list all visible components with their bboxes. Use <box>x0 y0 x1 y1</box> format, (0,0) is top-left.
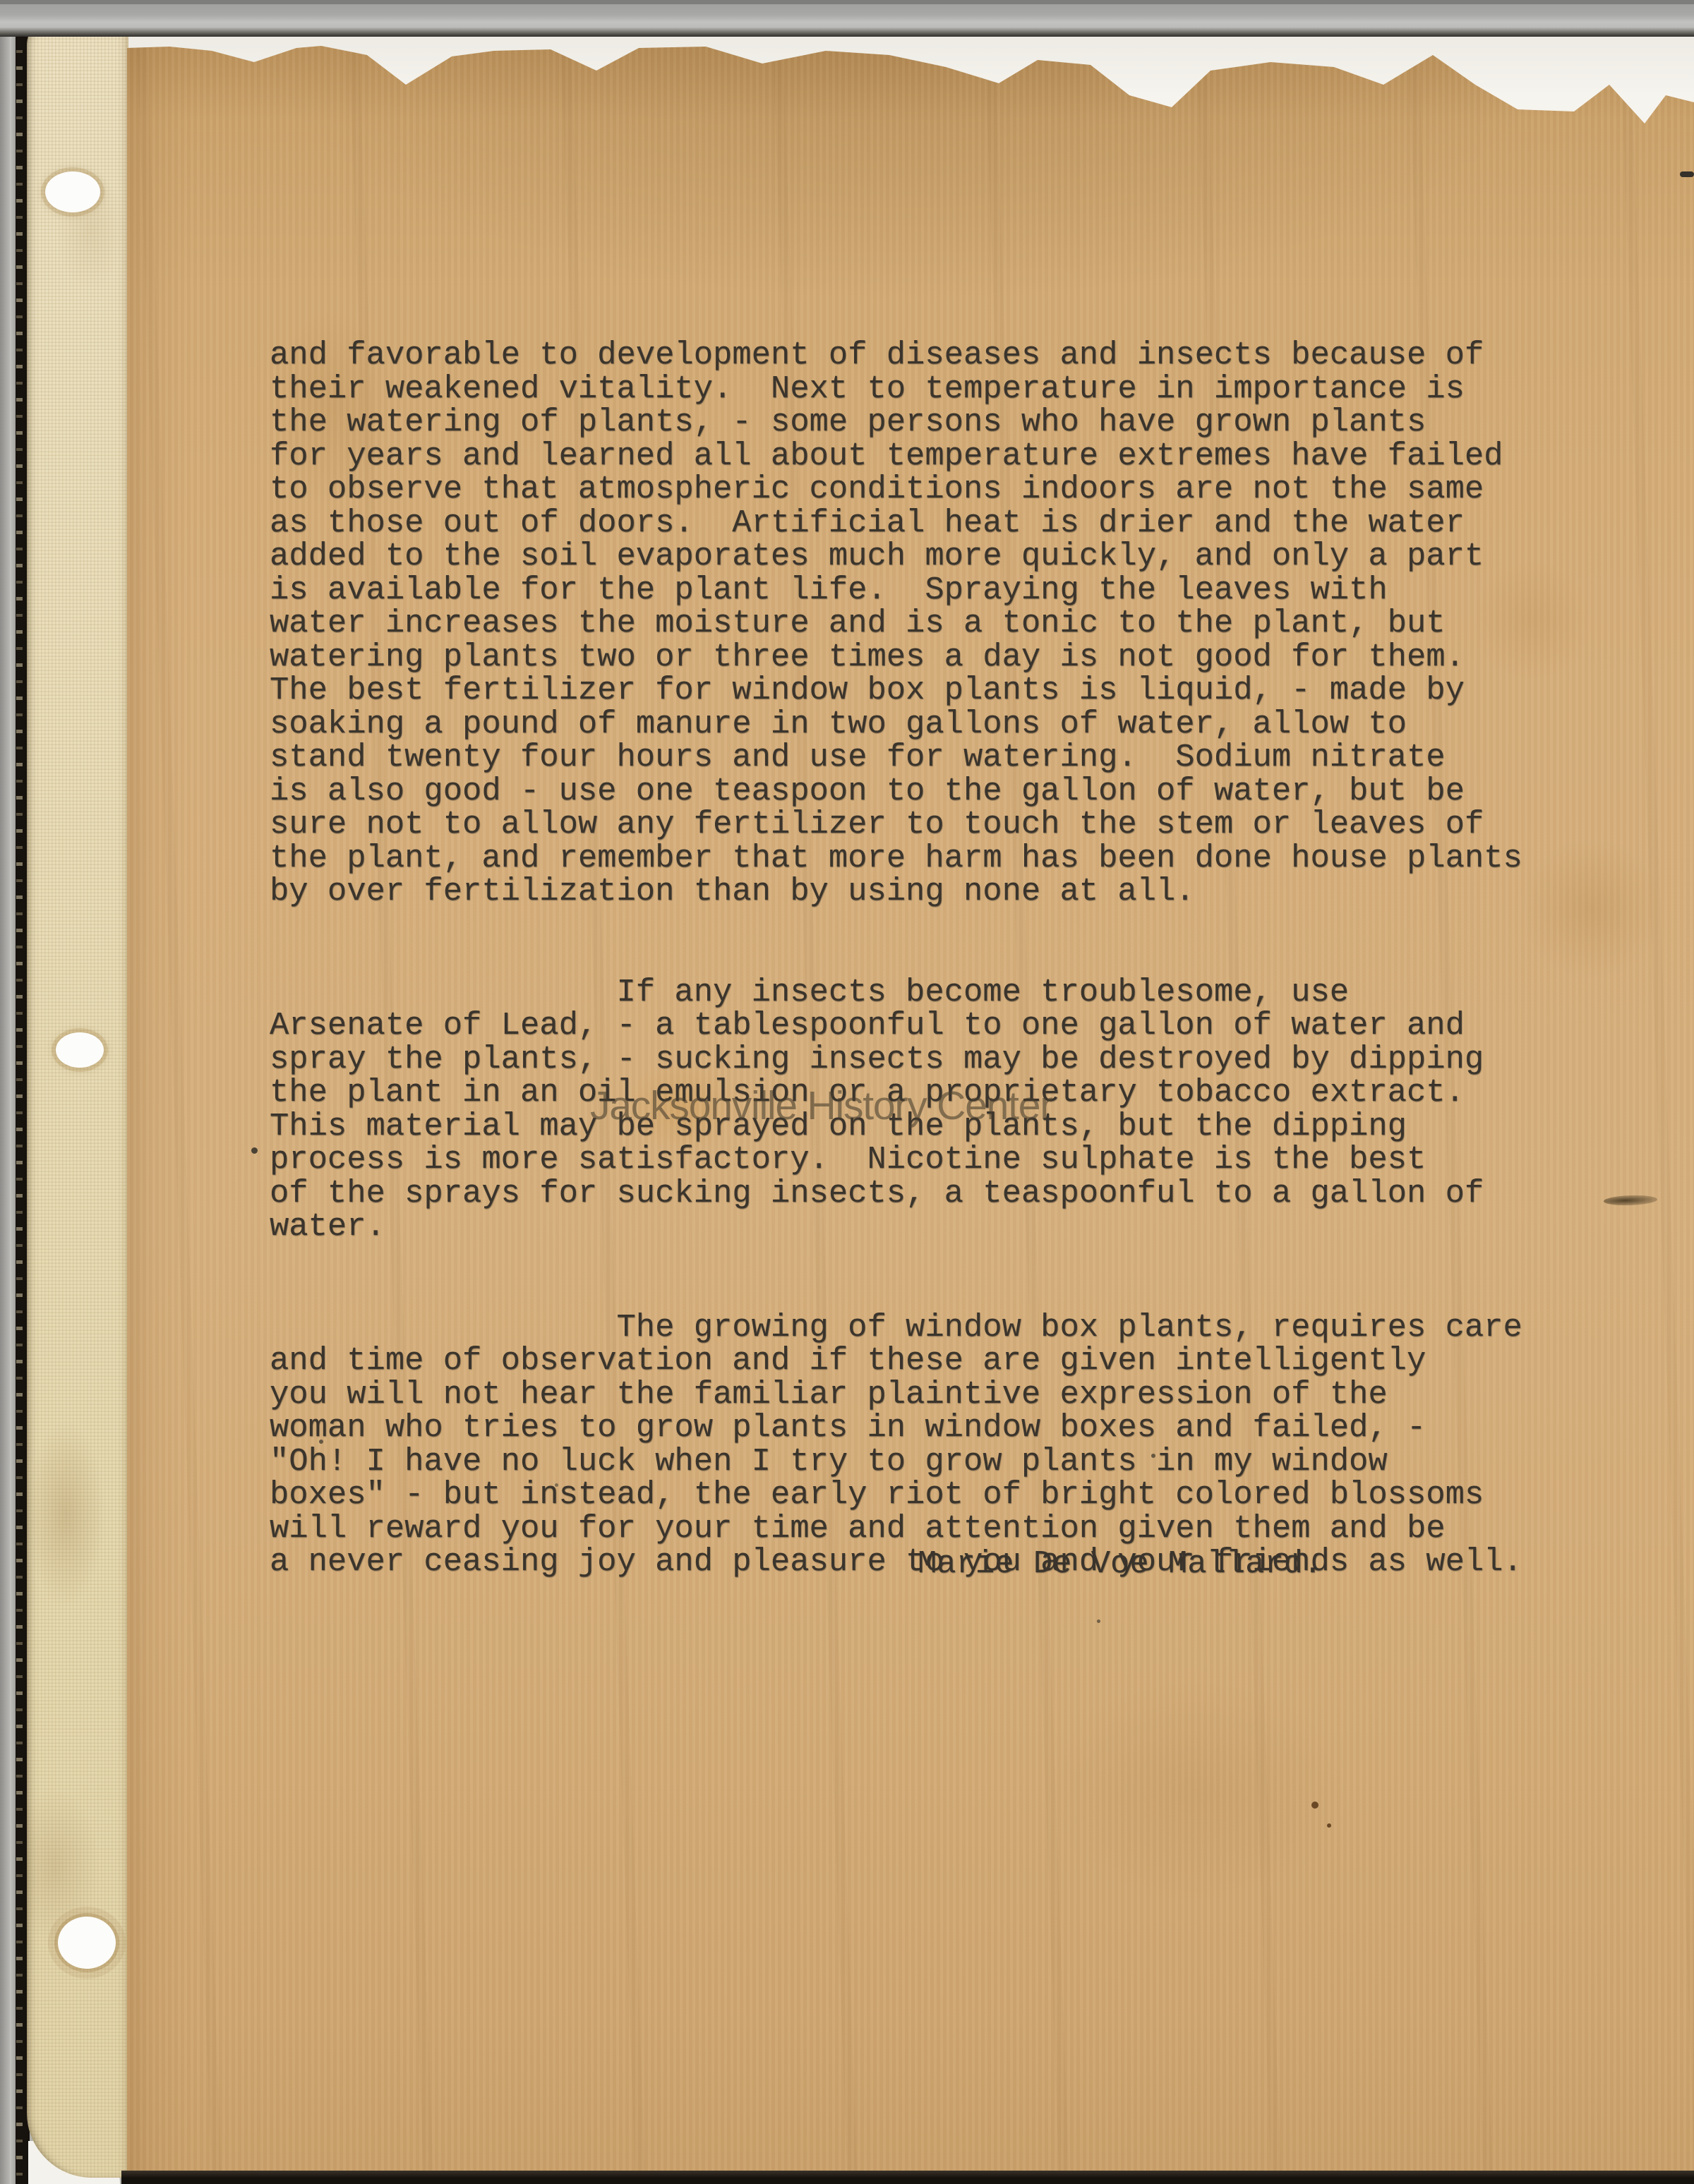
page-bottom-shadow-edge <box>121 2171 1694 2184</box>
punch-hole-bottom <box>58 1917 116 1969</box>
punch-hole-top <box>45 171 100 212</box>
foxing-spot <box>1327 1823 1331 1828</box>
punch-hole-middle <box>56 1032 104 1068</box>
scanned-scrapbook-page: and favorable to development of diseases… <box>0 0 1694 2184</box>
typed-paragraph-3: The growing of window box plants, requir… <box>270 1311 1646 1579</box>
archive-watermark: Jacksonville History Center <box>590 1082 1155 1129</box>
scanner-edge-left <box>0 0 10 2184</box>
cloth-binding-strip <box>27 18 128 2178</box>
binding-stitches <box>16 0 23 2184</box>
typed-letter-body: and favorable to development of diseases… <box>270 272 1646 1646</box>
scanner-lid-seam <box>0 0 1694 4</box>
stray-typed-period <box>251 1147 258 1154</box>
typed-paragraph-1: and favorable to development of diseases… <box>270 339 1646 909</box>
foxing-spot <box>1311 1802 1318 1809</box>
paper-stain <box>1045 1678 1348 1904</box>
pen-mark <box>1680 171 1694 177</box>
typed-signature: Marie De Voe Mallard. <box>918 1547 1322 1581</box>
scanner-bed-top-bar <box>0 0 1694 37</box>
